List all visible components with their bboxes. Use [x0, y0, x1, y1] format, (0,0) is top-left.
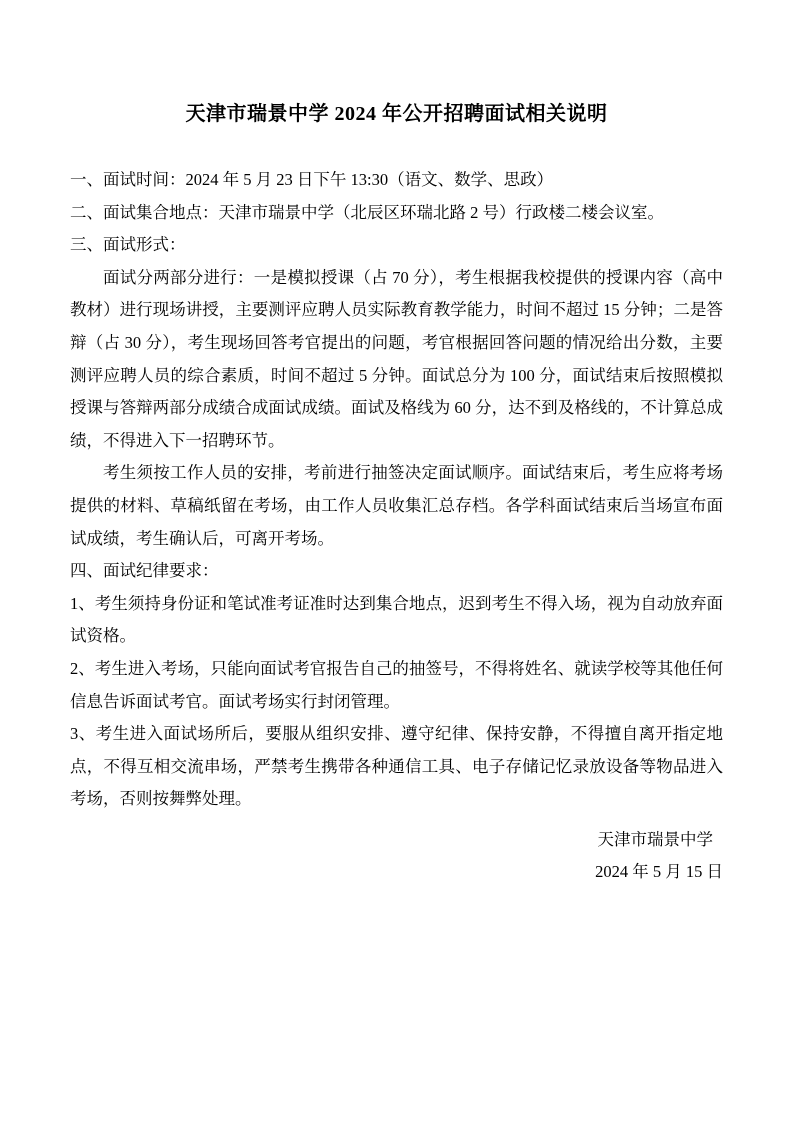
document-body: 一、面试时间：2024 年 5 月 23 日下午 13:30（语文、数学、思政）…	[70, 164, 723, 816]
paragraph-discipline-heading: 四、面试纪律要求：	[70, 555, 723, 588]
signature-date: 2024 年 5 月 15 日	[70, 856, 723, 889]
paragraph-interview-format-detail: 面试分两部分进行：一是模拟授课（占 70 分），考生根据我校提供的授课内容（高中…	[70, 262, 723, 458]
paragraph-discipline-rule-2: 2、考生进入考场，只能向面试考官报告自己的抽签号，不得将姓名、就读学校等其他任何…	[70, 653, 723, 718]
document-page: 天津市瑞景中学 2024 年公开招聘面试相关说明 一、面试时间：2024 年 5…	[0, 0, 793, 1122]
document-title: 天津市瑞景中学 2024 年公开招聘面试相关说明	[70, 98, 723, 131]
paragraph-meeting-location: 二、面试集合地点：天津市瑞景中学（北辰区环瑞北路 2 号）行政楼二楼会议室。	[70, 197, 723, 230]
paragraph-discipline-rule-1: 1、考生须持身份证和笔试准考证准时达到集合地点，迟到考生不得入场，视为自动放弃面…	[70, 588, 723, 653]
paragraph-interview-format-heading: 三、面试形式：	[70, 229, 723, 262]
signature-organization: 天津市瑞景中学	[70, 824, 723, 857]
paragraph-interview-time: 一、面试时间：2024 年 5 月 23 日下午 13:30（语文、数学、思政）	[70, 164, 723, 197]
paragraph-interview-procedure: 考生须按工作人员的安排，考前进行抽签决定面试顺序。面试结束后，考生应将考场提供的…	[70, 457, 723, 555]
paragraph-discipline-rule-3: 3、考生进入面试场所后，要服从组织安排、遵守纪律、保持安静，不得擅自离开指定地点…	[70, 718, 723, 816]
signature-block: 天津市瑞景中学 2024 年 5 月 15 日	[70, 824, 723, 889]
